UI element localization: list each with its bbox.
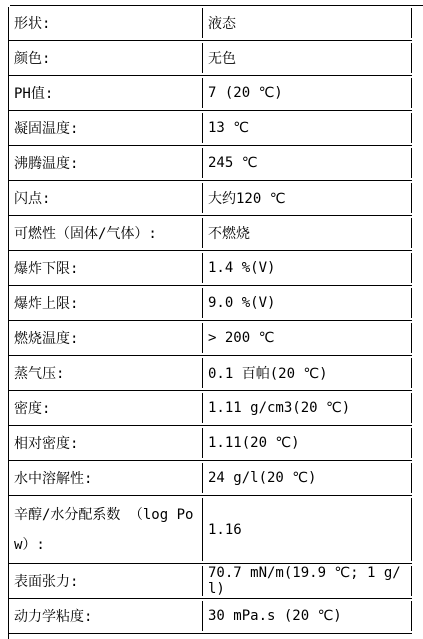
property-value: 245 ℃ xyxy=(203,146,412,181)
table-row: 辛醇/水分配系数 （log Pow）:1.16 xyxy=(9,496,412,564)
property-value: 液态 xyxy=(203,6,412,41)
properties-table: 形状:液态颜色:无色PH值:7 (20 ℃)凝固温度:13 ℃沸腾温度:245 … xyxy=(9,6,412,634)
table-row: 相对密度:1.11(20 ℃) xyxy=(9,426,412,461)
table-row: 闪点:大约120 ℃ xyxy=(9,181,412,216)
table-row: PH值:7 (20 ℃) xyxy=(9,76,412,111)
property-value: > 200 ℃ xyxy=(203,321,412,356)
property-label: 爆炸下限: xyxy=(9,251,203,286)
table-row: 爆炸上限:9.0 %(V) xyxy=(9,286,412,321)
property-value: 1.16 xyxy=(203,496,412,564)
property-value: 7 (20 ℃) xyxy=(203,76,412,111)
property-label: 水中溶解性: xyxy=(9,461,203,496)
table-row: 表面张力:70.7 mN/m(19.9 ℃; 1 g/l) xyxy=(9,564,412,599)
table-row: 可燃性（固体/气体）:不燃烧 xyxy=(9,216,412,251)
property-value: 无色 xyxy=(203,41,412,76)
property-label: 颜色: xyxy=(9,41,203,76)
properties-table-body: 形状:液态颜色:无色PH值:7 (20 ℃)凝固温度:13 ℃沸腾温度:245 … xyxy=(9,6,412,634)
property-value: 不燃烧 xyxy=(203,216,412,251)
property-value: 1.11(20 ℃) xyxy=(203,426,412,461)
table-row: 形状:液态 xyxy=(9,6,412,41)
property-label: 燃烧温度: xyxy=(9,321,203,356)
table-row: 蒸气压:0.1 百帕(20 ℃) xyxy=(9,356,412,391)
property-value: 30 mPa.s (20 ℃) xyxy=(203,599,412,634)
table-row: 凝固温度:13 ℃ xyxy=(9,111,412,146)
table-row: 颜色:无色 xyxy=(9,41,412,76)
table-row: 动力学粘度:30 mPa.s (20 ℃) xyxy=(9,599,412,634)
property-label: 可燃性（固体/气体）: xyxy=(9,216,203,251)
table-row: 爆炸下限:1.4 %(V) xyxy=(9,251,412,286)
property-label: PH值: xyxy=(9,76,203,111)
property-value: 9.0 %(V) xyxy=(203,286,412,321)
property-value: 1.4 %(V) xyxy=(203,251,412,286)
table-row: 燃烧温度:> 200 ℃ xyxy=(9,321,412,356)
table-row: 沸腾温度:245 ℃ xyxy=(9,146,412,181)
property-value: 0.1 百帕(20 ℃) xyxy=(203,356,412,391)
property-label: 沸腾温度: xyxy=(9,146,203,181)
property-label: 凝固温度: xyxy=(9,111,203,146)
property-label: 相对密度: xyxy=(9,426,203,461)
property-label: 辛醇/水分配系数 （log Pow）: xyxy=(9,496,203,564)
property-value: 1.11 g/cm3(20 ℃) xyxy=(203,391,412,426)
property-value: 大约120 ℃ xyxy=(203,181,412,216)
table-row: 密度:1.11 g/cm3(20 ℃) xyxy=(9,391,412,426)
property-value: 24 g/l(20 ℃) xyxy=(203,461,412,496)
property-label: 密度: xyxy=(9,391,203,426)
property-label: 闪点: xyxy=(9,181,203,216)
properties-sheet: 形状:液态颜色:无色PH值:7 (20 ℃)凝固温度:13 ℃沸腾温度:245 … xyxy=(0,0,423,639)
property-label: 动力学粘度: xyxy=(9,599,203,634)
property-label: 表面张力: xyxy=(9,564,203,599)
property-label: 爆炸上限: xyxy=(9,286,203,321)
table-row: 水中溶解性:24 g/l(20 ℃) xyxy=(9,461,412,496)
property-label: 形状: xyxy=(9,6,203,41)
property-value: 13 ℃ xyxy=(203,111,412,146)
property-value: 70.7 mN/m(19.9 ℃; 1 g/l) xyxy=(203,564,412,599)
property-label: 蒸气压: xyxy=(9,356,203,391)
